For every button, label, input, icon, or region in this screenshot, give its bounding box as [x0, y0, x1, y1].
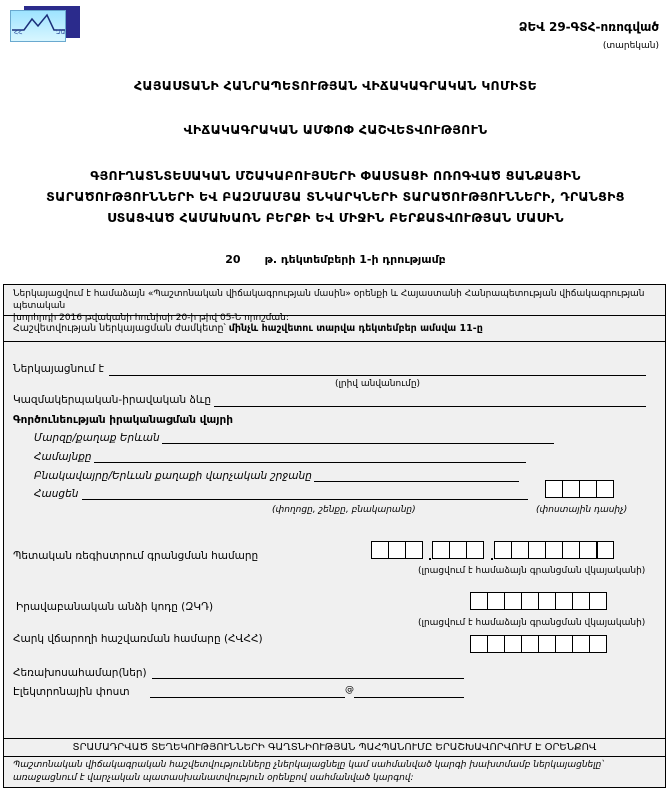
legal-basis-line-1: Ներկայացվում է համաձայն «Պաշտոնական վիճա…	[13, 288, 665, 312]
deadline-value: մինչև հաշվետու տարվա դեկտեմբեր ամսվա 11-…	[229, 323, 483, 334]
postal-code-cells[interactable]	[545, 480, 614, 498]
legal-form-field[interactable]	[214, 406, 646, 407]
postal-code-cell[interactable]	[562, 480, 580, 498]
location-heading: Գործունեության իրականացման վայրի	[13, 414, 233, 426]
settlement-field[interactable]	[314, 481, 519, 482]
deadline-label: Հաշվետվության ներկայացման ժամկետը՝	[13, 323, 229, 334]
legal-entity-code-cell[interactable]	[504, 592, 522, 610]
state-registry-hint: (լրացվում է համաձայն գրանցման վկայականի)	[418, 566, 645, 576]
legal-entity-code-cell[interactable]	[487, 592, 505, 610]
legal-entity-code-cell[interactable]	[538, 592, 556, 610]
tax-id-cell[interactable]	[521, 635, 539, 653]
state-registry-cells-3[interactable]	[494, 541, 614, 559]
state-registry-cell[interactable]	[511, 541, 529, 559]
presenter-label: Ներկայացնում է	[13, 363, 104, 375]
legal-entity-code-cell[interactable]	[555, 592, 573, 610]
tax-id-label: Հարկ վճարողի հաշվառման համարը (ՀՎՀՀ)	[13, 633, 263, 645]
state-registry-label: Պետական ռեգիստրում գրանցման համարը	[13, 550, 258, 562]
report-title: ՎԻՃԱԿԱԳՐԱԿԱՆ ԱՄՓՈՓ ՀԱՇՎԵՏՎՈՒԹՅՈՒՆ	[0, 122, 671, 137]
legal-form-label: Կազմակերպական-իրավական ձևը	[13, 394, 211, 406]
report-subject: ԳՅՈՒՂԱՏՆՏԵՍԱԿԱՆ ՄՇԱԿԱԲՈՒՅՍԵՐԻ ՓԱՍՏԱՑԻ ՈՌ…	[0, 165, 671, 228]
legal-entity-code-label: Իրավաբանական անձի կոդը (ԶԿԴ)	[16, 601, 213, 613]
legal-entity-code-cell[interactable]	[572, 592, 590, 610]
tax-id-cell[interactable]	[487, 635, 505, 653]
region-field[interactable]	[162, 443, 554, 444]
state-registry-cell[interactable]	[432, 541, 450, 559]
divider	[4, 341, 665, 342]
tax-id-cell[interactable]	[572, 635, 590, 653]
postal-code-hint: (փոստային դասիչ)	[536, 505, 627, 515]
state-registry-cell[interactable]	[545, 541, 563, 559]
state-registry-cell[interactable]	[562, 541, 580, 559]
tax-id-cell[interactable]	[555, 635, 573, 653]
legal-entity-code-cell[interactable]	[589, 592, 607, 610]
tax-id-cell[interactable]	[589, 635, 607, 653]
state-registry-cell[interactable]	[449, 541, 467, 559]
state-registry-cell[interactable]	[596, 541, 614, 559]
state-registry-cell[interactable]	[371, 541, 389, 559]
settlement-label: Բնակավայրը/Երևան քաղաքի վարչական շրջանը	[34, 470, 312, 482]
address-hint: (փողոցը, շենքը, բնակարանը)	[272, 505, 416, 515]
address-label: Հասցեն	[34, 488, 78, 500]
divider	[4, 756, 665, 757]
phone-label: Հեռախոսահամար(ներ)	[13, 667, 147, 679]
state-registry-cell[interactable]	[528, 541, 546, 559]
state-registry-cell[interactable]	[494, 541, 512, 559]
email-domain-field[interactable]	[354, 697, 464, 698]
email-label: Էլեկտրոնային փոստ	[13, 686, 130, 698]
report-year[interactable]: 20	[225, 253, 240, 266]
legal-entity-code-cell[interactable]	[521, 592, 539, 610]
state-registry-cell[interactable]	[579, 541, 597, 559]
respondent-info-form: Ներկայացվում է համաձայն «Պաշտոնական վիճա…	[3, 284, 666, 788]
tax-id-cells[interactable]	[470, 635, 607, 653]
presenter-field[interactable]	[109, 375, 646, 376]
logo-left-text: ՀՀ	[14, 29, 23, 36]
email-user-field[interactable]	[150, 697, 345, 698]
legal-entity-code-cell[interactable]	[470, 592, 488, 610]
form-code: ՁԵՎ 29-ԳՏՀ-ոռոգված	[519, 20, 659, 34]
state-registry-cell[interactable]	[405, 541, 423, 559]
community-label: Համայնքը	[34, 451, 92, 463]
report-subject-line-2: ՏԱՐԱԾՈՒԹՅՈՒՆՆԵՐԻ ԵՎ ԲԱԶՄԱՄՅԱ ՏՆԿԱՐԿՆԵՐԻ …	[0, 186, 671, 207]
report-date-text: թ. դեկտեմբերի 1-ի դրությամբ	[265, 253, 446, 266]
legal-entity-code-cells[interactable]	[470, 592, 607, 610]
separator-dot	[429, 558, 431, 560]
state-registry-cell[interactable]	[388, 541, 406, 559]
liability-line-1: Պաշտոնական վիճակագրական հաշվետվություննե…	[13, 759, 604, 772]
report-subject-line-1: ԳՅՈՒՂԱՏՆՏԵՍԱԿԱՆ ՄՇԱԿԱԲՈՒՅՍԵՐԻ ՓԱՍՏԱՑԻ ՈՌ…	[0, 165, 671, 186]
divider	[4, 738, 665, 739]
address-field[interactable]	[82, 499, 528, 500]
state-registry-cells-2[interactable]	[432, 541, 484, 559]
logo-right-text: ԶԱ	[56, 29, 65, 36]
chart-line-icon	[10, 6, 82, 46]
liability-line-2: առաջացնում է վարչական պատասխանատվություն…	[13, 772, 604, 785]
state-registry-cell[interactable]	[466, 541, 484, 559]
divider	[4, 315, 665, 316]
legal-entity-code-hint: (լրացվում է համաձայն գրանցման վկայականի)	[418, 618, 645, 628]
state-registry-cells-1[interactable]	[371, 541, 423, 559]
tax-id-cell[interactable]	[504, 635, 522, 653]
tax-id-cell[interactable]	[470, 635, 488, 653]
confidentiality-notice: ՏՐԱՄԱԴՐՎԱԾ ՏԵՂԵԿՈՒԹՅՈՒՆՆԵՐԻ ԳԱՂՏՆԻՈՒԹՅԱՆ…	[4, 742, 665, 753]
postal-code-cell[interactable]	[596, 480, 614, 498]
presenter-hint: (լրիվ անվանումը)	[109, 379, 646, 389]
separator-dot	[491, 558, 493, 560]
tax-id-cell[interactable]	[538, 635, 556, 653]
form-period: (տարեկան)	[603, 41, 659, 51]
legal-basis: Ներկայացվում է համաձայն «Պաշտոնական վիճա…	[13, 288, 665, 324]
region-label: Մարզը/քաղաք Երևան	[34, 432, 160, 444]
report-subject-line-3: ՍՏԱՑՎԱԾ ՀԱՄԱԽԱՌՆ ԲԵՐՔԻ ԵՎ ՄԻՋԻՆ ԲԵՐՔԱՏՎՈ…	[0, 207, 671, 228]
liability-notice: Պաշտոնական վիճակագրական հաշվետվություննե…	[13, 759, 604, 785]
committee-title: ՀԱՅԱՍՏԱՆԻ ՀԱՆՐԱՊԵՏՈՒԹՅԱՆ ՎԻՃԱԿԱԳՐԱԿԱՆ ԿՈ…	[0, 78, 671, 93]
postal-code-cell[interactable]	[579, 480, 597, 498]
phone-field[interactable]	[152, 678, 464, 679]
deadline: Հաշվետվության ներկայացման ժամկետը՝ մինչև…	[13, 323, 483, 334]
community-field[interactable]	[94, 462, 526, 463]
report-date: 20թ. դեկտեմբերի 1-ի դրությամբ	[0, 253, 671, 266]
statistics-committee-logo: ՀՀ ԶԱ	[10, 6, 82, 42]
postal-code-cell[interactable]	[545, 480, 563, 498]
email-at-sign: @	[345, 685, 354, 695]
